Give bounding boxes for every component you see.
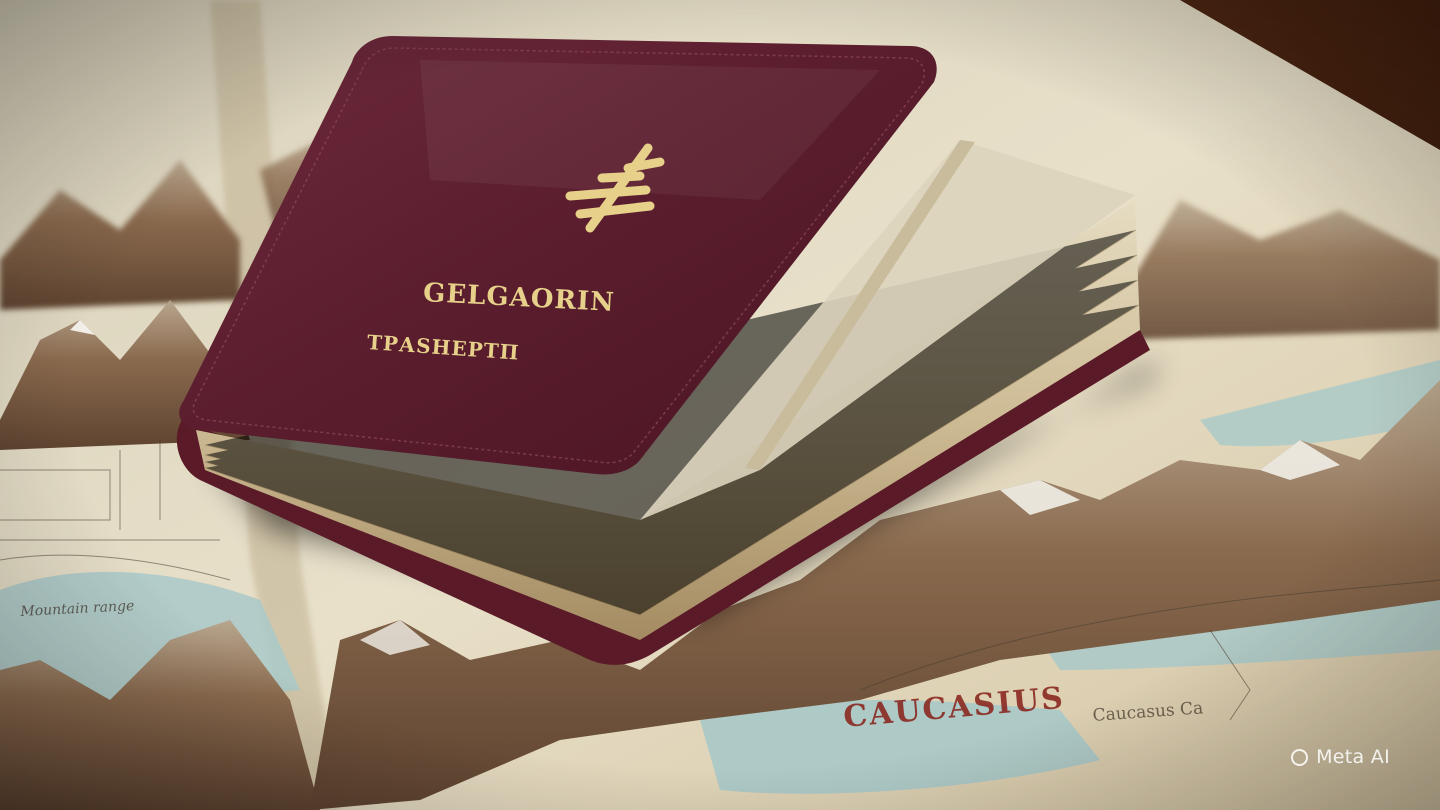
meta-ring-icon [1291,749,1308,766]
meta-ai-watermark: Meta AI [1291,746,1390,768]
photo-scene: GELGAORIN ТРАЅНЕРТП CAUCASIUS Caucasus C… [0,0,1440,810]
vignette-overlay [0,0,1440,810]
watermark-text: Meta AI [1316,746,1390,768]
